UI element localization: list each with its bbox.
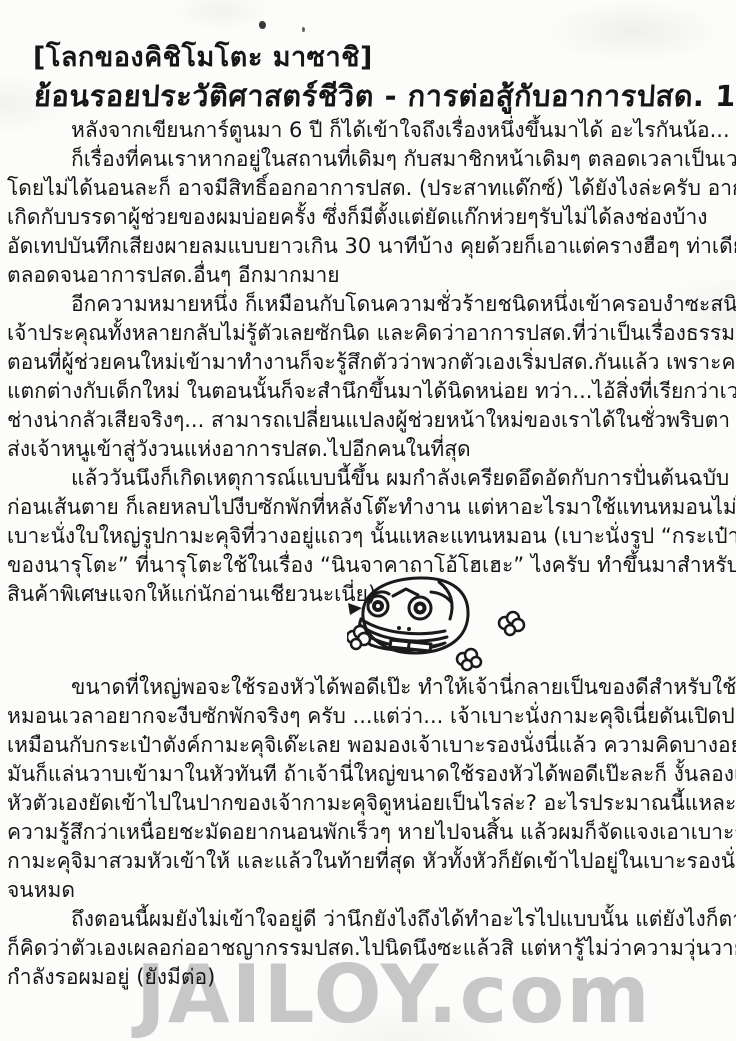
scan-noise-speck xyxy=(259,21,266,29)
header: [โลกของคิชิโมโตะ มาซาชิ] ย้อนรอยประวัติศ… xyxy=(33,40,735,116)
scanned-document-page: JAILOY.com [โลกของคิชิโมโตะ มาซาชิ] ย้อน… xyxy=(0,0,736,1041)
text-line: เหมือนกับกระเป๋าตังค์กามะคุจิเด๊ะเลย พอม… xyxy=(7,731,731,760)
text-line: แตกต่างกับเด็กใหม่ ในตอนนั้นก็จะสำนึกขึ้… xyxy=(7,377,731,406)
text-line: หมอนเวลาอยากจะงีบซักพักจริงๆ ครับ ...แต่… xyxy=(7,702,731,731)
text-line: โดยไม่ได้นอนละก็ อาจมีสิทธิ์ออกอาการปสด.… xyxy=(7,174,731,203)
page-subtitle: ย้อนรอยประวัติศาสตร์ชีวิต - การต่อสู้กับ… xyxy=(33,76,736,116)
text-line: ก็คิดว่าตัวเองเผลอก่ออาชญากรรมปสด.ไปนิดน… xyxy=(7,934,731,963)
scan-noise-speck xyxy=(302,27,305,32)
text-line: เจ้าประคุณทั้งหลายกลับไม่รู้ตัวเลยซักนิด… xyxy=(7,319,731,348)
text-line: อัดเทปบันทึกเสียงผายลมแบบยาวเกิน 30 นาที… xyxy=(7,232,731,261)
poof-cloud-right xyxy=(499,612,524,635)
text-line: อีกความหมายหนึ่ง ก็เหมือนกับโดนความชั่วร… xyxy=(7,290,731,319)
text-line: ตอนที่ผู้ช่วยคนใหม่เข้ามาทำงานก็จะรู้สึก… xyxy=(7,348,731,377)
text-line: หลังจากเขียนการ์ตูนมา 6 ปี ก็ได้เข้าใจถึ… xyxy=(7,116,731,145)
poof-cloud-bottom xyxy=(457,649,481,670)
text-line: ถึงตอนนี้ผมยังไม่เข้าใจอยู่ดี ว่านึกยังไ… xyxy=(7,905,731,934)
text-line: จนหมด xyxy=(7,876,731,905)
text-line: ก็เรื่องที่คนเราหากอยู่ในสถานที่เดิมๆ กั… xyxy=(7,145,731,174)
text-line: ขนาดที่ใหญ่พอจะใช้รองหัวได้พอดีเป๊ะ ทำให… xyxy=(7,673,731,702)
text-line: หัวตัวเองยัดเข้าไปในปากของเจ้ากามะคุจิดู… xyxy=(7,789,731,818)
illustration-row xyxy=(7,609,731,673)
text-line: เบาะนั่งใบใหญ่รูปกามะคุจิที่วางอยู่แถวๆ … xyxy=(7,522,731,551)
text-line: แล้ววันนึงก็เกิดเหตุการณ์แบบนี้ขึ้น ผมกำ… xyxy=(7,464,731,493)
text-block-2: ขนาดที่ใหญ่พอจะใช้รองหัวได้พอดีเป๊ะ ทำให… xyxy=(7,673,731,992)
frog-coin-purse-icon xyxy=(347,567,535,675)
text-line: กำลังรอผมอยู่ (ยังมีต่อ) xyxy=(7,963,731,992)
page-title: [โลกของคิชิโมโตะ มาซาชิ] xyxy=(33,40,735,76)
text-block-1: หลังจากเขียนการ์ตูนมา 6 ปี ก็ได้เข้าใจถึ… xyxy=(7,116,731,609)
arrow-icon xyxy=(348,603,362,615)
text-line: เกิดกับบรรดาผู้ช่วยของผมบ่อยครั้ง ซึ่งก็… xyxy=(7,203,731,232)
text-line: ความรู้สึกว่าเหนื่อยชะมัดอยากนอนพักเร็วๆ… xyxy=(7,818,731,847)
article-body: หลังจากเขียนการ์ตูนมา 6 ปี ก็ได้เข้าใจถึ… xyxy=(7,116,731,992)
text-line: กามะคุจิมาสวมหัวเข้าให้ และแล้วในท้ายที่… xyxy=(7,847,731,876)
text-line: ส่งเจ้าหนูเข้าสู่วังวนแห่งอาการปสด.ไปอีก… xyxy=(7,435,731,464)
poof-cloud-left xyxy=(347,626,370,649)
text-line: ก่อนเส้นตาย ก็เลยหลบไปงีบซักพักที่หลังโต… xyxy=(7,493,731,522)
text-line: ช่างน่ากลัวเสียจริงๆ... สามารถเปลี่ยนแปล… xyxy=(7,406,731,435)
text-line: มันก็แล่นวาบเข้ามาในหัวทันที ถ้าเจ้านี่ใ… xyxy=(7,760,731,789)
text-line: ตลอดจนอาการปสด.อื่นๆ อีกมากมาย xyxy=(7,261,731,290)
